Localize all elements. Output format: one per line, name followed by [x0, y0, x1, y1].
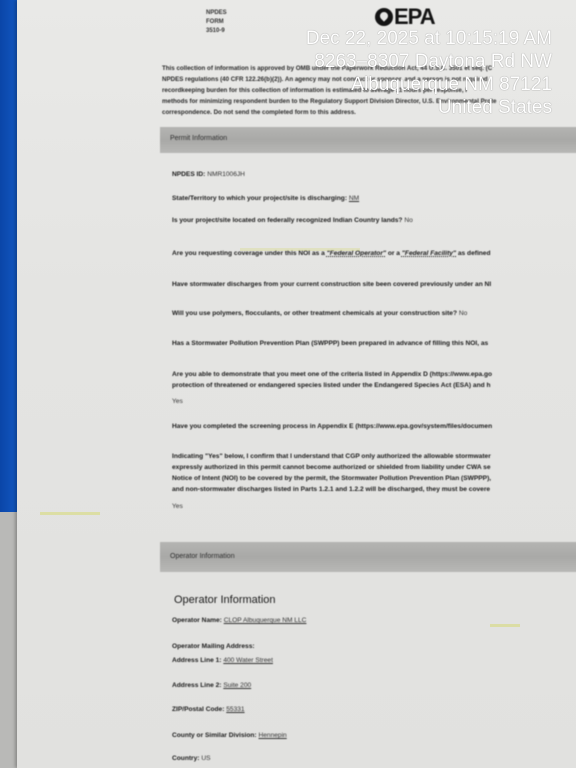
country-value: US [201, 755, 210, 762]
polymers-row: Will you use polymers, flocculants, or o… [172, 310, 467, 317]
federal-operator-link[interactable]: "Federal Operator" [327, 250, 386, 257]
address-line-2-row: Address Line 2: Suite 200 [172, 682, 251, 689]
screening-row: Have you completed the screening process… [172, 423, 492, 430]
operator-name-value: CLOP Albuquerque NM LLC [224, 617, 307, 624]
photo-location-overlay: Dec 22, 2025 at 10:15:19 AM 8263–8307 Da… [306, 27, 552, 119]
form-number: NPDES FORM 3510-9 [206, 9, 227, 36]
state-value: NM [349, 195, 359, 202]
highlight-mark [240, 248, 360, 251]
photo-city: Albuquerque NM 87121 [306, 73, 552, 96]
highlight-mark [490, 624, 520, 627]
photo-timestamp: Dec 22, 2025 at 10:15:19 AM [306, 27, 552, 50]
county-value: Hennepin [258, 732, 286, 739]
section-bar-operator-information: Operator Information [160, 542, 576, 572]
mailing-address-label: Operator Mailing Address: [172, 643, 255, 650]
county-row: County or Similar Division: Hennepin [172, 732, 287, 739]
section-bar-permit-information: Permit Information [160, 127, 576, 153]
indian-country-value: No [404, 217, 412, 224]
state-row: State/Territory to which your project/si… [172, 195, 359, 202]
epa-flower-icon [375, 8, 393, 26]
polymers-value: No [459, 310, 467, 317]
confirm-statement: Indicating "Yes" below, I confirm that I… [172, 451, 491, 495]
federal-operator-row: Are you requesting coverage under this N… [172, 250, 491, 257]
esa-criteria-value: Yes [172, 398, 183, 405]
photo-country: United States [306, 96, 552, 119]
operator-heading: Operator Information [174, 594, 276, 606]
npdes-id-value: NMR1006JH [207, 171, 245, 178]
zip-value: 55331 [226, 706, 244, 713]
address-line-1-value: 400 Water Street [223, 657, 273, 664]
esa-criteria-row: Are you able to demonstrate that you mee… [172, 369, 492, 391]
blue-folder-edge [0, 0, 17, 512]
highlight-mark [40, 512, 100, 515]
country-row: Country: US [172, 755, 211, 762]
federal-facility-link[interactable]: "Federal Facility" [402, 250, 456, 257]
npdes-id-row: NPDES ID: NMR1006JH [172, 171, 245, 178]
confirm-value: Yes [172, 503, 183, 510]
previous-coverage-row: Have stormwater discharges from your cur… [172, 281, 491, 288]
address-line-2-value: Suite 200 [223, 682, 251, 689]
photo-address: 8263–8307 Daytona Rd NW [306, 50, 552, 73]
zip-row: ZIP/Postal Code: 55331 [172, 706, 245, 713]
address-line-1-row: Address Line 1: 400 Water Street [172, 657, 273, 664]
indian-country-row: Is your project/site located on federall… [172, 217, 413, 224]
operator-name-row: Operator Name: CLOP Albuquerque NM LLC [172, 617, 306, 624]
swppp-row: Has a Stormwater Pollution Prevention Pl… [172, 340, 488, 347]
